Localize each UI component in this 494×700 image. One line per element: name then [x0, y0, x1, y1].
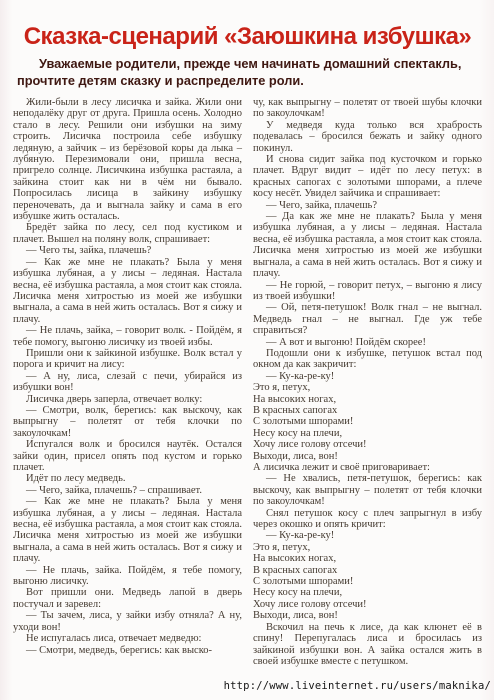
- story-column-left: Жили-были в лесу лисичка и зайка. Жили о…: [13, 97, 242, 667]
- story-paragraph: На высоких ногах,: [253, 553, 482, 564]
- story-paragraph: — Не плачь, зайка. Пойдём, я тебе помогу…: [13, 565, 242, 588]
- intro-note: Уважаемые родители, прежде чем начинать …: [17, 56, 464, 89]
- story-paragraph: Вскочил на печь к лисе, да как клюнет её…: [253, 622, 482, 668]
- story-paragraph: Лисичка дверь заперла, отвечает волку:: [13, 394, 242, 405]
- source-url: http://www.liveinternet.ru/users/maknika…: [224, 680, 491, 692]
- story-paragraph: — Ой, петя-петушок! Волк гнал – не выгна…: [253, 302, 482, 336]
- story-paragraph: Это я, петух,: [253, 542, 482, 553]
- story-paragraph: — А вот и выгоню! Пойдём скорее!: [253, 337, 482, 348]
- story-paragraph: С золотыми шпорами!: [253, 576, 482, 587]
- story-paragraph: Выходи, лиса, вон!: [253, 610, 482, 621]
- story-paragraph: Несу косу на плечи,: [253, 587, 482, 598]
- story-paragraph: — Не горюй, – говорит петух, – выгоню я …: [253, 280, 482, 303]
- story-paragraph: — Чего ты, зайка, плачешь?: [13, 245, 242, 256]
- story-paragraph: — Как же мне не плакать? Была у меня изб…: [13, 257, 242, 325]
- story-paragraph: На высоких ногах,: [253, 394, 482, 405]
- story-paragraph: Несу косу на плечи,: [253, 428, 482, 439]
- document-page: Сказка-сценарий «Заюшкина избушка» Уважа…: [0, 0, 494, 700]
- story-paragraph: — Ку-ка-ре-ку!: [253, 371, 482, 382]
- story-paragraph: Хочу лисе голову отсечи!: [253, 599, 482, 610]
- story-paragraph: — Смотри, волк, берегись: как выскочу, к…: [13, 405, 242, 439]
- story-paragraph: Бредёт зайка по лесу, сел под кустиком и…: [13, 222, 242, 245]
- story-paragraph: Вот пришли они. Медведь лапой в дверь по…: [13, 587, 242, 610]
- story-paragraph: У медведя куда только вся храбрость поде…: [253, 120, 482, 154]
- story-paragraph: Снял петушок косу с плеч запрыгнул в изб…: [253, 508, 482, 531]
- footer: http://www.liveinternet.ru/users/maknika…: [224, 676, 491, 694]
- story-paragraph: чу, как выпрыгну – полетят от твоей шубы…: [253, 97, 482, 120]
- story-paragraph: В красных сапогах: [253, 405, 482, 416]
- story-paragraph: — Чего, зайка, плачешь?: [253, 200, 482, 211]
- story-paragraph: Хочу лисе голову отсечи!: [253, 439, 482, 450]
- story-paragraph: — Ку-ка-ре-ку!: [253, 530, 482, 541]
- story-paragraph: В красных сапогах: [253, 565, 482, 576]
- story-paragraph: — Смотри, медведь, берегись: как выско-: [13, 645, 242, 656]
- story-paragraph: — Как же мне не плакать? Была у меня изб…: [13, 496, 242, 564]
- story-paragraph: — Не плачь, зайка, – говорит волк. - Пой…: [13, 325, 242, 348]
- story-paragraph: Пришли они к зайкиной избушке. Волк вста…: [13, 348, 242, 371]
- story-paragraph: — Ты зачем, лиса, у зайки избу отняла? А…: [13, 610, 242, 633]
- story-paragraph: Идёт по лесу медведь.: [13, 473, 242, 484]
- story-paragraph: С золотыми шпорами!: [253, 416, 482, 427]
- story-text: Жили-были в лесу лисичка и зайка. Жили о…: [13, 97, 482, 667]
- story-paragraph: Жили-были в лесу лисичка и зайка. Жили о…: [13, 97, 242, 222]
- story-paragraph: — Да как же мне не плакать? Была у меня …: [253, 211, 482, 279]
- story-paragraph: — Чего, зайка, плачешь? – спрашивает.: [13, 485, 242, 496]
- story-paragraph: Подошли они к избушке, петушок встал под…: [253, 348, 482, 371]
- story-paragraph: Не испугалась лиса, отвечает медведю:: [13, 633, 242, 644]
- story-paragraph: Это я, петух,: [253, 382, 482, 393]
- story-paragraph: Испугался волк и бросился наутёк. Осталс…: [13, 439, 242, 473]
- story-paragraph: — Не хвались, петя-петушок, берегись: ка…: [253, 473, 482, 507]
- story-paragraph: И снова сидит зайка под кусточком и горь…: [253, 154, 482, 200]
- story-paragraph: — А ну, лиса, слезай с печи, убирайся из…: [13, 371, 242, 394]
- story-paragraph: Выходи, лиса, вон!: [253, 451, 482, 462]
- page-title: Сказка-сценарий «Заюшкина избушка»: [13, 24, 482, 50]
- story-column-right: чу, как выпрыгну – полетят от твоей шубы…: [253, 97, 482, 667]
- story-paragraph: А лисичка лежит и своё приговаривает:: [253, 462, 482, 473]
